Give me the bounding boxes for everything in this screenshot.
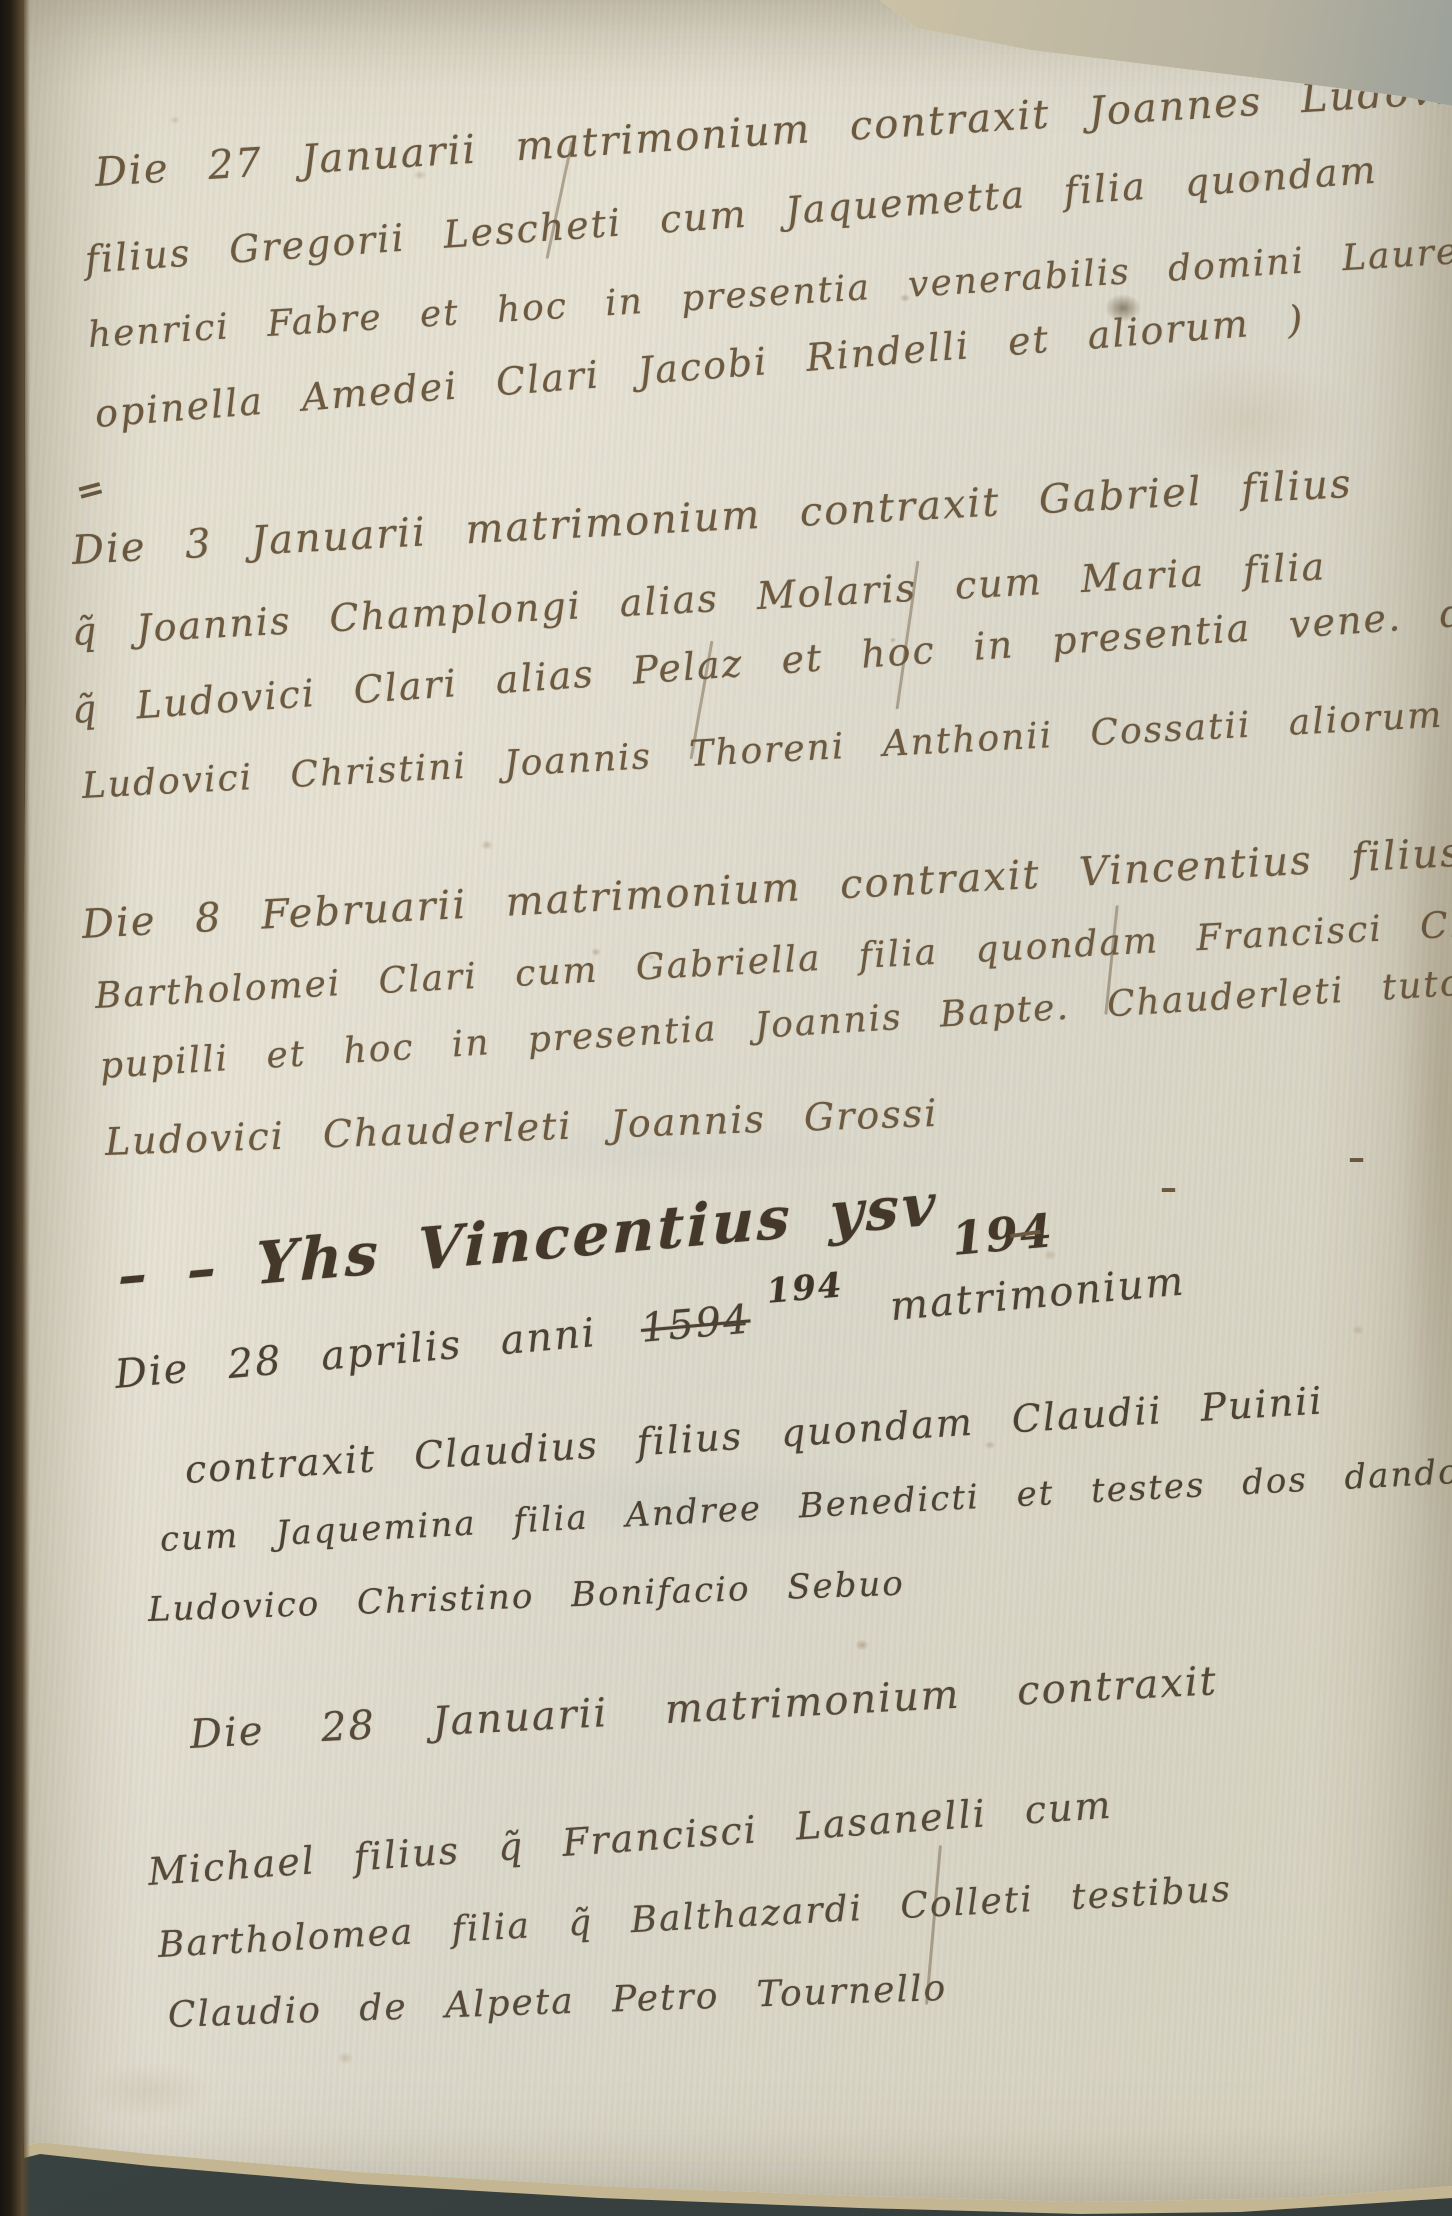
manuscript-line: Ludovico Christino Bonifacio Sebuo <box>147 1564 905 1630</box>
manuscript-line: Michael filius q̃ Francisci Lasanelli cu… <box>146 1783 1113 1894</box>
ink-mark: = <box>71 467 109 513</box>
date-text: Die 28 aprilis anni <box>113 1310 598 1398</box>
manuscript-line: Die 28 Januarii matrimonium contraxit <box>189 1658 1219 1758</box>
date-text: matrimonium <box>888 1258 1187 1330</box>
struck-year: 1594 <box>639 1297 752 1352</box>
corrected-year: 194 <box>765 1265 845 1312</box>
manuscript-scan: Die 27 Januarii matrimonium contraxit Jo… <box>0 0 1452 2216</box>
manuscript-line: Ludovici Chauderleti Joannis Grossi <box>104 1091 939 1164</box>
manuscript-line: Claudio de Alpeta Petro Tournello <box>167 1968 948 2036</box>
ink-mark: – <box>1160 1168 1177 1208</box>
ink-mark: – <box>1348 1138 1365 1178</box>
gutter-shadow <box>0 0 30 2216</box>
manuscript-line: Bartholomea filia q̃ Balthazardi Colleti… <box>157 1869 1233 1966</box>
ink-mark: — <box>1005 1210 1044 1254</box>
manuscript-page: Die 27 Januarii matrimonium contraxit Jo… <box>0 0 1452 2216</box>
